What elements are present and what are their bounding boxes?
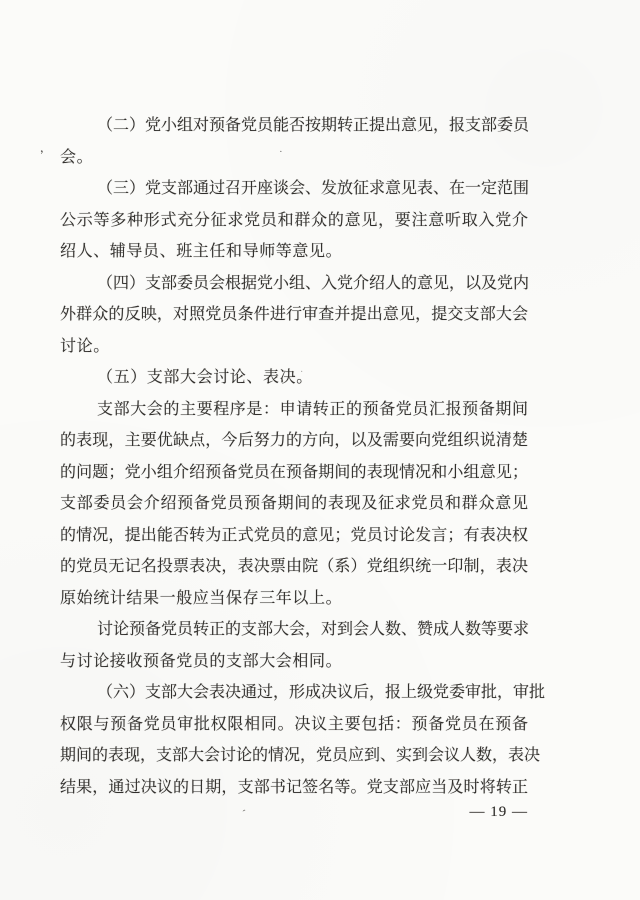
text-line: 绍人、辅导员、班主任和导师等意见。 — [60, 236, 528, 268]
scan-artifact-speck: · — [279, 146, 283, 159]
text-line: （四）支部委员会根据党小组、入党介绍人的意见，以及党内 — [60, 268, 528, 300]
text-line: 支部委员会介绍预备党员预备期间的表现及征求党员和群众意见 — [60, 488, 528, 520]
text-line: （二）党小组对预备党员能否按期转正提出意见，报支部委员 — [60, 110, 528, 142]
text-line: 原始统计结果一般应当保存三年以上。 — [60, 583, 528, 615]
text-line: （五）支部大会讨论、表决。 — [60, 362, 528, 394]
text-line: 的情况，提出能否转为正式党员的意见；党员讨论发言；有表决权 — [60, 520, 528, 552]
text-line: （三）党支部通过召开座谈会、发放征求意见表、在一定范围 — [60, 173, 528, 205]
text-line: 结果，通过决议的日期，支部书记签名等。党支部应当及时将转正 — [60, 772, 528, 804]
text-line: 期间的表现，支部大会讨论的情况，党员应到、实到会议人数，表决 — [60, 740, 528, 772]
text-line: 支部大会的主要程序是：申请转正的预备党员汇报预备期间 — [60, 394, 528, 426]
page-number: — 19 — — [60, 804, 528, 821]
text-line: 讨论预备党员转正的支部大会，对到会人数、赞成人数等要求 — [60, 614, 528, 646]
text-line: 与讨论接收预备党员的支部大会相同。 — [60, 646, 528, 678]
scanned-document-page: （二）党小组对预备党员能否按期转正提出意见，报支部委员 会。 （三）党支部通过召… — [0, 0, 640, 900]
text-line: 公示等多种形式充分征求党员和群众的意见，要注意听取入党介 — [60, 205, 528, 237]
text-line: 权限与预备党员审批权限相同。决议主要包括：预备党员在预备 — [60, 709, 528, 741]
text-line: 的问题；党小组介绍预备党员在预备期间的表现情况和小组意见； — [60, 457, 528, 489]
text-line: 外群众的反映，对照党员条件进行审查并提出意见，提交支部大会 — [60, 299, 528, 331]
scan-artifact-tick: ’ — [39, 148, 45, 161]
text-line: 会。 — [60, 142, 528, 174]
document-body-text: （二）党小组对预备党员能否按期转正提出意见，报支部委员 会。 （三）党支部通过召… — [60, 110, 528, 803]
text-line: 的党员无记名投票表决，表决票由院（系）党组织统一印制，表决 — [60, 551, 528, 583]
text-line: 讨论。 — [60, 331, 528, 363]
scan-artifact-speck: · — [300, 366, 303, 379]
text-line: 的表现，主要优缺点，今后努力的方向，以及需要向党组织说清楚 — [60, 425, 528, 457]
text-line: （六）支部大会表决通过，形成决议后，报上级党委审批，审批 — [60, 677, 528, 709]
